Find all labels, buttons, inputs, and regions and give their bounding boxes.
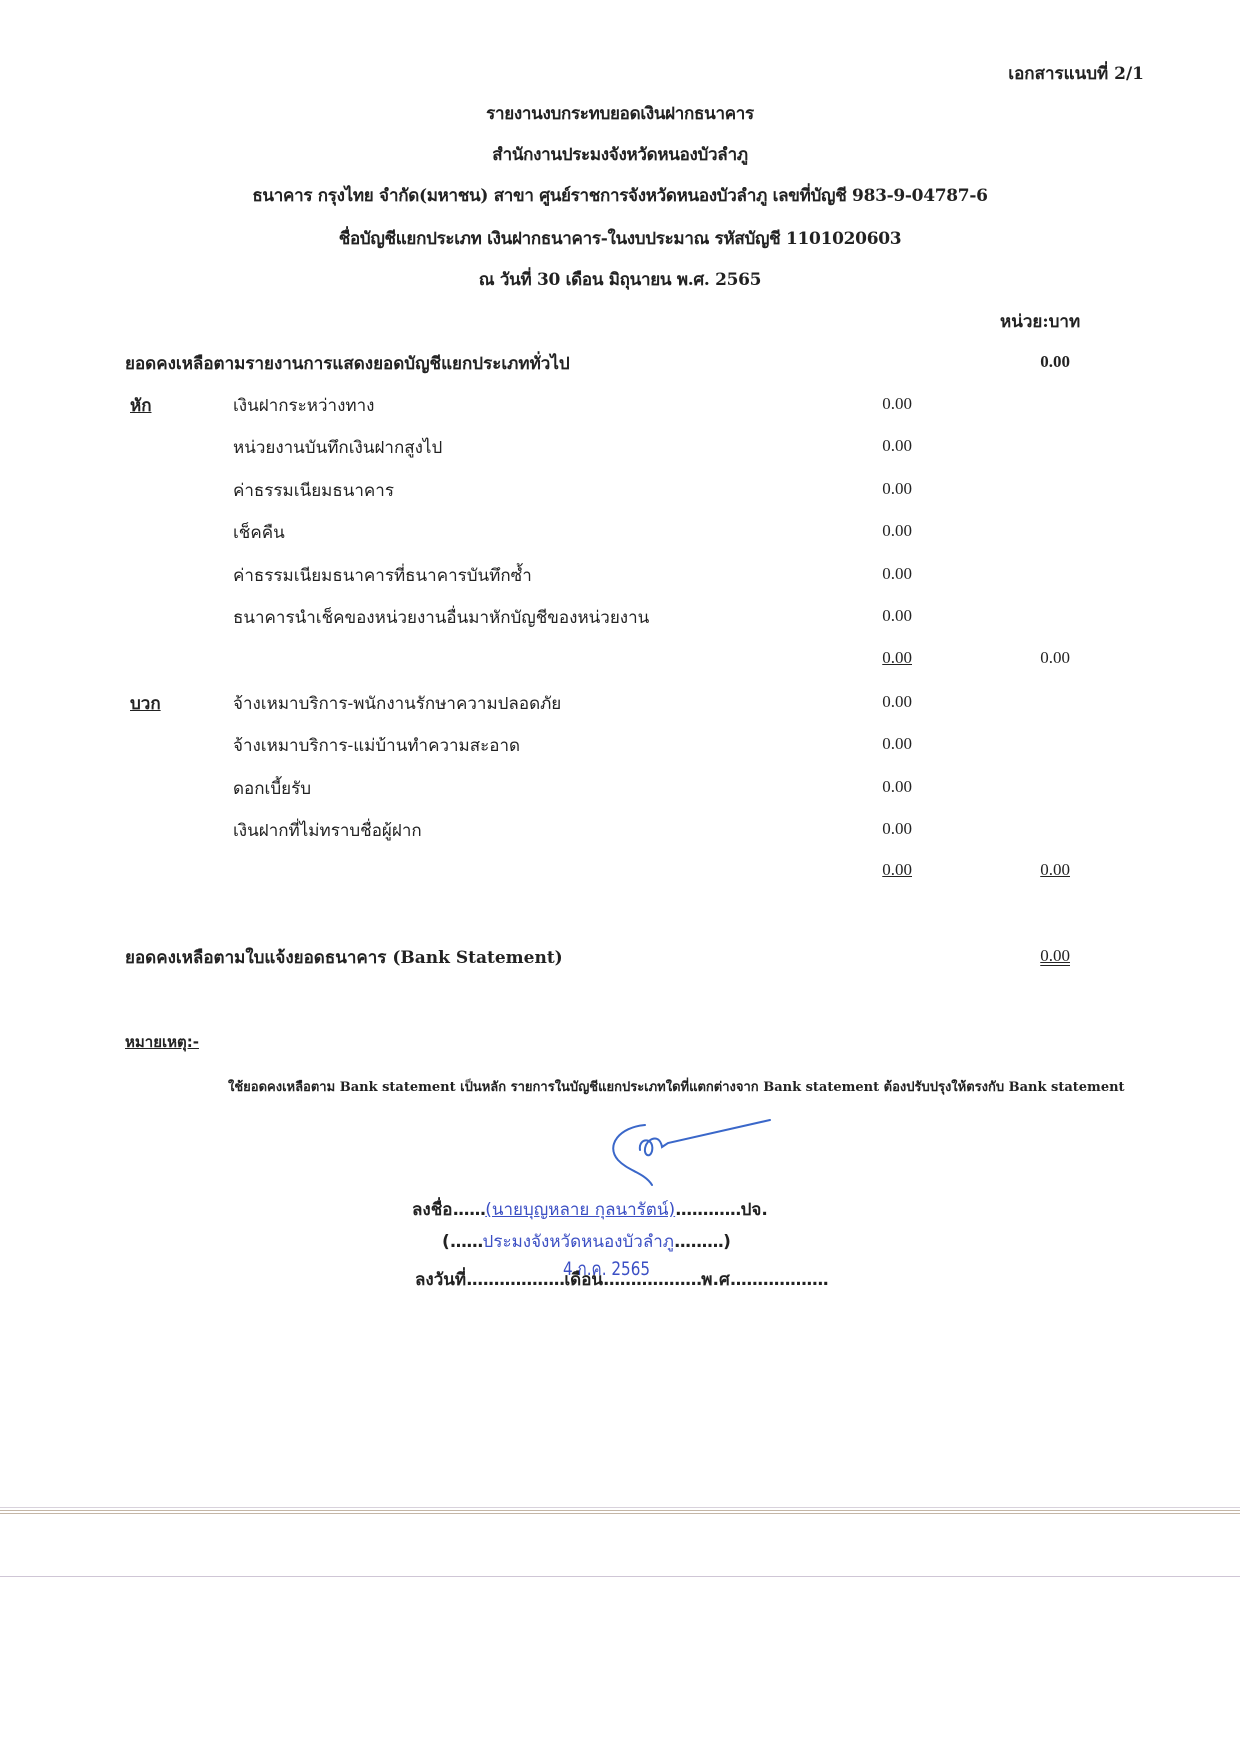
line-item-value: 0.00 [842,394,912,414]
line-item-value: 0.00 [842,777,912,797]
line-item-name: ดอกเบี้ยรับ [233,775,311,802]
position-line: (......ประมงจังหวัดหนองบัวลำภู.........) [442,1228,731,1255]
signer-position: ประมงจังหวัดหนองบัวลำภู [483,1232,674,1252]
line-item-name: จ้างเหมาบริการ-พนักงานรักษาความปลอดภัย [233,690,561,717]
line-item-value: 0.00 [842,436,912,456]
scan-divider [0,1507,1240,1508]
line-item-name: จ้างเหมาบริการ-แม่บ้านทำความสะอาด [233,732,520,759]
date-prefix: ลงวันที่ [415,1270,466,1290]
line-item-value: 0.00 [842,606,912,626]
signature-icon [600,1115,780,1190]
add-total: 0.00 [1000,860,1070,880]
deduct-total: 0.00 [1000,648,1070,668]
line-item-name: หน่วยงานบันทึกเงินฝากสูงไป [233,434,442,461]
line-item-name: เงินฝากที่ไม่ทราบชื่อผู้ฝาก [233,817,422,844]
line-item-value: 0.00 [842,734,912,754]
signer-name: (นายบุญหลาย กุลนารัตน์) [485,1200,675,1220]
signer-line: ลงชื่อ......(นายบุญหลาย กุลนารัตน์).....… [412,1196,768,1223]
line-item-name: ธนาคารนำเช็คของหน่วยงานอื่นมาหักบัญชีของ… [233,604,649,631]
line-item-name: เงินฝากระหว่างทาง [233,392,374,419]
bank-statement-label: ยอดคงเหลือตามใบแจ้งยอดธนาคาร (Bank State… [125,944,563,971]
currency-unit: หน่วย:บาท [1000,308,1080,335]
remarks-text: ใช้ยอดคงเหลือตาม Bank statement เป็นหลัก… [228,1076,1125,1097]
bank-account-line: ธนาคาร กรุงไทย จำกัด(มหาชน) สาขา ศูนย์รา… [0,182,1240,209]
line-item-name: ค่าธรรมเนียมธนาคารที่ธนาคารบันทึกซ้ำ [233,562,532,589]
line-item-name: ค่าธรรมเนียมธนาคาร [233,477,394,504]
line-item-name: เช็คคืน [233,519,285,546]
report-date: ณ วันที่ 30 เดือน มิถุนายน พ.ศ. 2565 [0,266,1240,293]
add-label: บวก [130,690,161,717]
attachment-label: เอกสารแนบที่ 2/1 [1008,60,1144,87]
deduct-label: หัก [130,392,152,419]
ledger-balance-value: 0.00 [1000,352,1070,372]
year-label: พ.ศ [701,1270,729,1290]
deduct-subtotal: 0.00 [842,648,912,668]
ledger-balance-label: ยอดคงเหลือตามรายงานการแสดงยอดบัญชีแยกประ… [125,350,570,377]
sign-prefix: ลงชื่อ [412,1200,452,1220]
scan-divider [0,1576,1240,1577]
scan-divider [0,1513,1240,1514]
remarks-heading: หมายเหตุ:- [125,1030,199,1054]
line-item-value: 0.00 [842,819,912,839]
add-subtotal: 0.00 [842,860,912,880]
stamped-date: 4 ก.ค. 2565 [563,1254,650,1284]
line-item-value: 0.00 [842,521,912,541]
bank-statement-value: 0.00 [1000,946,1070,966]
line-item-value: 0.00 [842,564,912,584]
scan-divider [0,1510,1240,1511]
report-title: รายงานงบกระทบยอดเงินฝากธนาคาร [0,100,1240,127]
ledger-account-line: ชื่อบัญชีแยกประเภท เงินฝากธนาคาร-ในงบประ… [0,225,1240,252]
line-item-value: 0.00 [842,692,912,712]
line-item-value: 0.00 [842,479,912,499]
office-name: สำนักงานประมงจังหวัดหนองบัวลำภู [0,141,1240,168]
sign-suffix: ปจ. [741,1200,768,1220]
